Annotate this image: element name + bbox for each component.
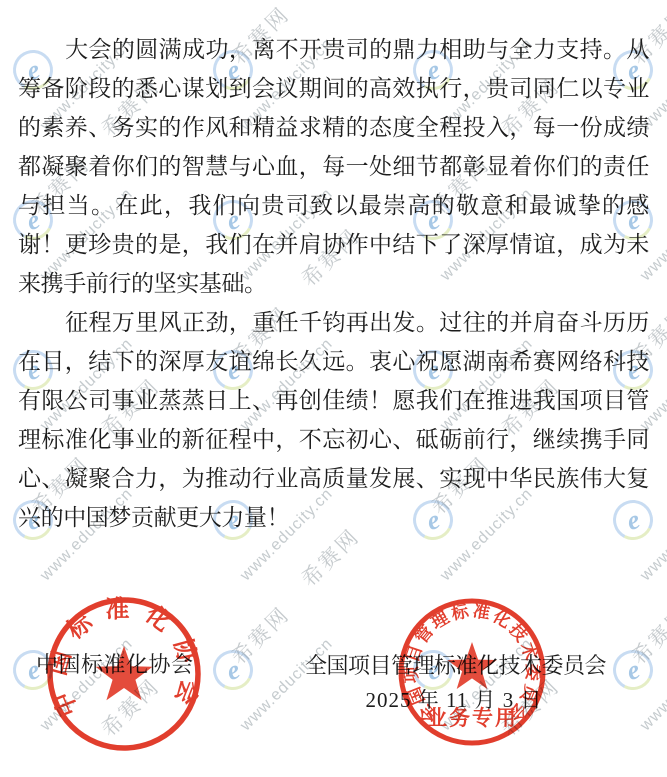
- letter-paragraph-1: 大会的圆满成功，离不开贵司的鼎力相助与全力支持。从筹备阶段的悉心谋划到会议期间的…: [18, 30, 649, 303]
- watermark-sitename-text: 希赛网: [624, 599, 667, 671]
- watermark-url-text: www.educity.cn: [637, 635, 667, 735]
- star-icon: [447, 642, 496, 689]
- star-icon: [96, 646, 153, 700]
- letter-page: ewww.educity.cn希赛网ewww.educity.cn希赛网ewww…: [0, 0, 667, 777]
- letter-body: 大会的圆满成功，离不开贵司的鼎力相助与全力支持。从筹备阶段的悉心谋划到会议期间的…: [18, 30, 649, 537]
- educity-logo-icon: e: [208, 645, 258, 695]
- letter-paragraph-2: 征程万里风正劲，重任千钧再出发。过往的并肩奋斗历历在目，结下的深厚友谊绵长久远。…: [18, 303, 649, 537]
- stamp-project-management-committee: 全国项目管理标准化技术委员会 业务专用: [396, 596, 548, 748]
- watermark-sitename-text: 希赛网: [224, 599, 296, 671]
- stamp-right-bottom-text: 业务专用: [426, 706, 518, 730]
- educity-logo-icon: e: [608, 645, 658, 695]
- stamp-china-standardization-association: 中国标准化协会: [44, 594, 204, 754]
